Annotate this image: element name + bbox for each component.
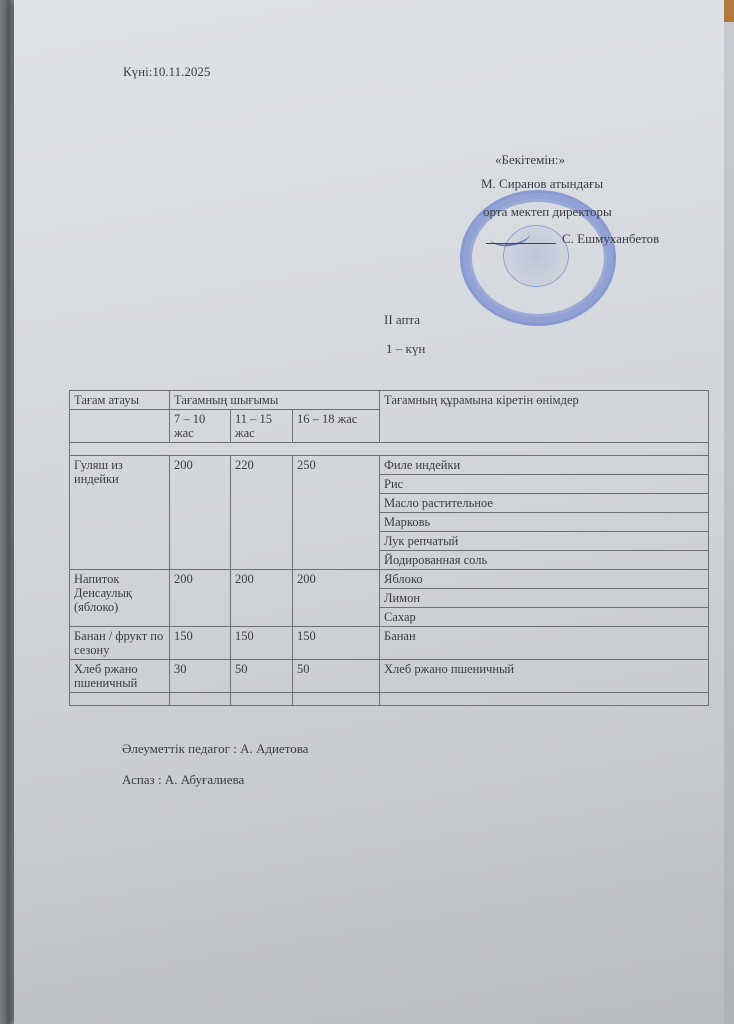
dish-name: Банан / фрукт по сезону xyxy=(70,627,170,660)
approval-title: «Бекітемін:» xyxy=(495,152,565,168)
table-row: Банан / фрукт по сезону 150 150 150 Бана… xyxy=(70,627,709,660)
age-group-3: 16 – 18 жас xyxy=(293,410,380,443)
ingredient: Банан xyxy=(380,627,709,660)
ingredient: Сахар xyxy=(380,608,709,627)
day-label: 1 – күн xyxy=(386,341,425,357)
age-group-2: 11 – 15 жас xyxy=(231,410,293,443)
yield-11-15: 150 xyxy=(231,627,293,660)
cook-signature: Аспаз : А. Абуғалиева xyxy=(122,772,244,788)
table-header-row: Тағам атауы Тағамның шығымы Тағамның құр… xyxy=(70,391,709,410)
ingredient: Рис xyxy=(380,475,709,494)
empty-cell xyxy=(70,410,170,443)
ingredient: Лимон xyxy=(380,589,709,608)
yield-16-18: 50 xyxy=(293,660,380,693)
menu-table: Тағам атауы Тағамның шығымы Тағамның құр… xyxy=(69,390,709,706)
ingredient: Лук репчатый xyxy=(380,532,709,551)
yield-16-18: 250 xyxy=(293,456,380,570)
age-group-1: 7 – 10 жас xyxy=(170,410,231,443)
document-date: Күні:10.11.2025 xyxy=(123,64,210,80)
table-row: Гуляш из индейки 200 220 250 Филе индейк… xyxy=(70,456,709,475)
yield-7-10: 30 xyxy=(170,660,231,693)
yield-11-15: 200 xyxy=(231,570,293,627)
ingredient: Марковь xyxy=(380,513,709,532)
ingredient: Масло растительное xyxy=(380,494,709,513)
ingredient: Филе индейки xyxy=(380,456,709,475)
dish-name: Хлеб ржано пшеничный xyxy=(70,660,170,693)
table-empty-row xyxy=(70,693,709,706)
table-spacer-row xyxy=(70,443,709,456)
table-row: Напиток Денсаулық (яблоко) 200 200 200 Я… xyxy=(70,570,709,589)
header-ingredients: Тағамның құрамына кіретін өнімдер xyxy=(380,391,709,443)
background-strip xyxy=(724,0,734,1024)
ingredient: Хлеб ржано пшеничный xyxy=(380,660,709,693)
yield-7-10: 150 xyxy=(170,627,231,660)
header-yield: Тағамның шығымы xyxy=(170,391,380,410)
table-row: Хлеб ржано пшеничный 30 50 50 Хлеб ржано… xyxy=(70,660,709,693)
dish-name: Гуляш из индейки xyxy=(70,456,170,570)
signature-line xyxy=(486,243,556,244)
yield-16-18: 150 xyxy=(293,627,380,660)
approval-line-2: орта мектеп директоры xyxy=(483,204,612,220)
yield-11-15: 50 xyxy=(231,660,293,693)
page-left-edge-shadow xyxy=(0,0,14,1024)
yield-16-18: 200 xyxy=(293,570,380,627)
header-dish-name: Тағам атауы xyxy=(70,391,170,410)
yield-7-10: 200 xyxy=(170,570,231,627)
social-pedagogue-signature: Әлеуметтік педагог : А. Адиетова xyxy=(122,741,308,757)
week-label: II апта xyxy=(384,312,420,328)
yield-11-15: 220 xyxy=(231,456,293,570)
director-name: С. Ешмуханбетов xyxy=(562,231,659,247)
dish-name: Напиток Денсаулық (яблоко) xyxy=(70,570,170,627)
yield-7-10: 200 xyxy=(170,456,231,570)
ingredient: Яблоко xyxy=(380,570,709,589)
approval-line-1: М. Сиранов атындағы xyxy=(481,176,603,192)
ingredient: Йодированная соль xyxy=(380,551,709,570)
